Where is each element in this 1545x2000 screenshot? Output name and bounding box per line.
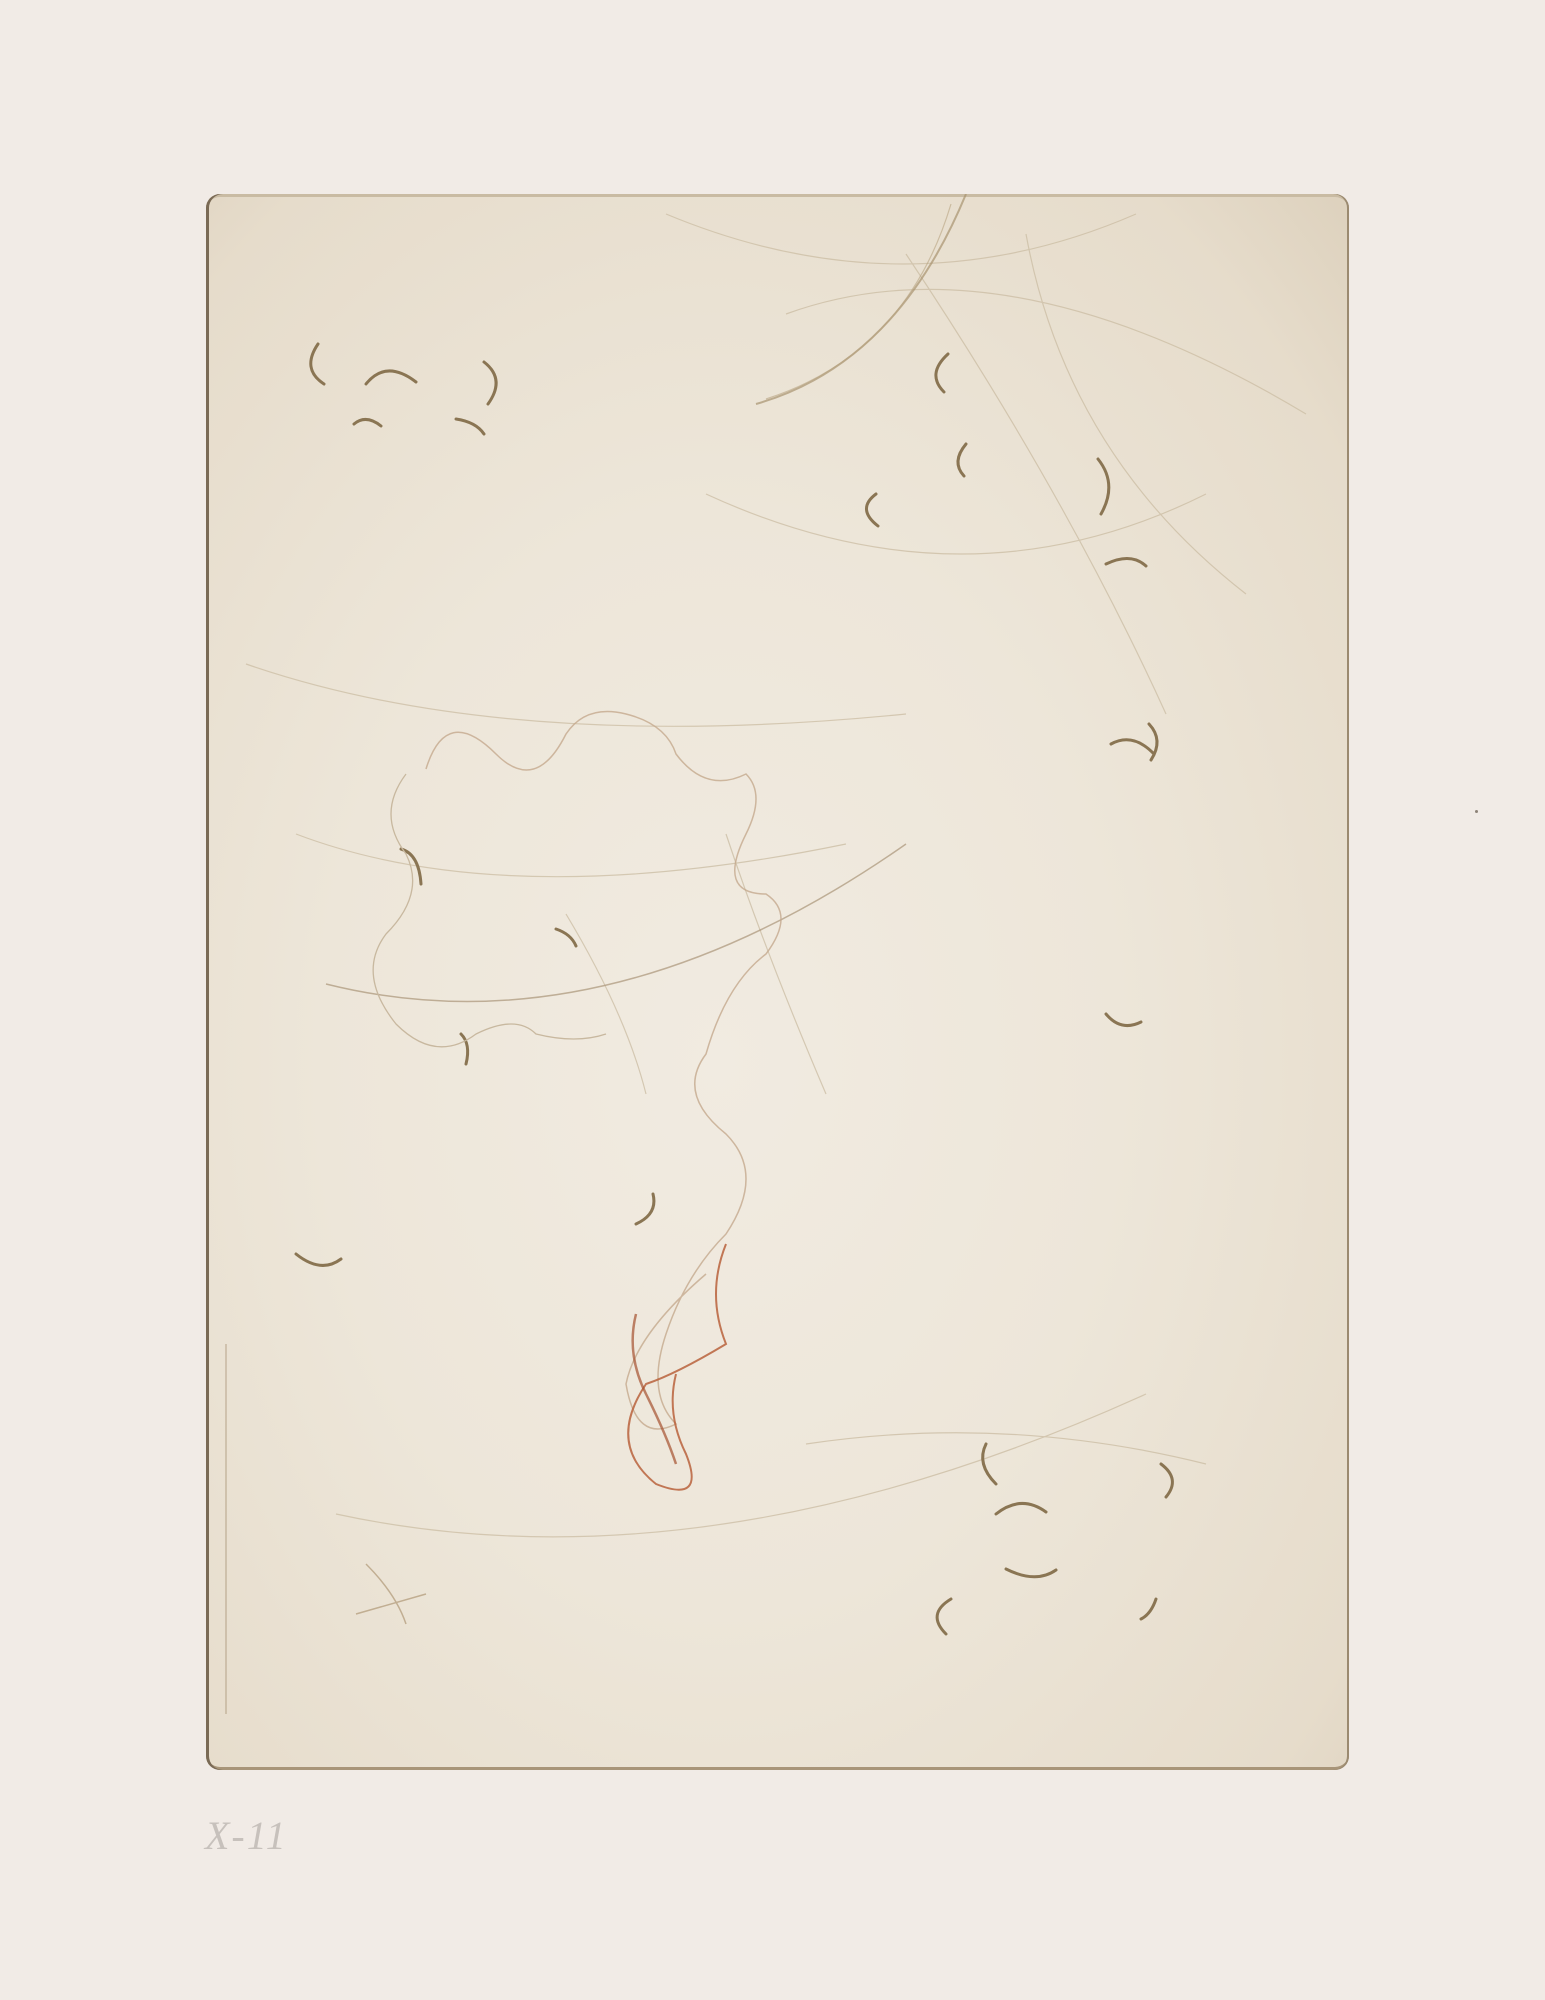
etched-lines [206, 194, 1349, 1770]
paper-speck [1475, 810, 1478, 813]
pencil-inscription: X-11 [205, 1812, 288, 1859]
etching-plate [206, 194, 1349, 1770]
paper-sheet: X-11 [0, 0, 1545, 2000]
